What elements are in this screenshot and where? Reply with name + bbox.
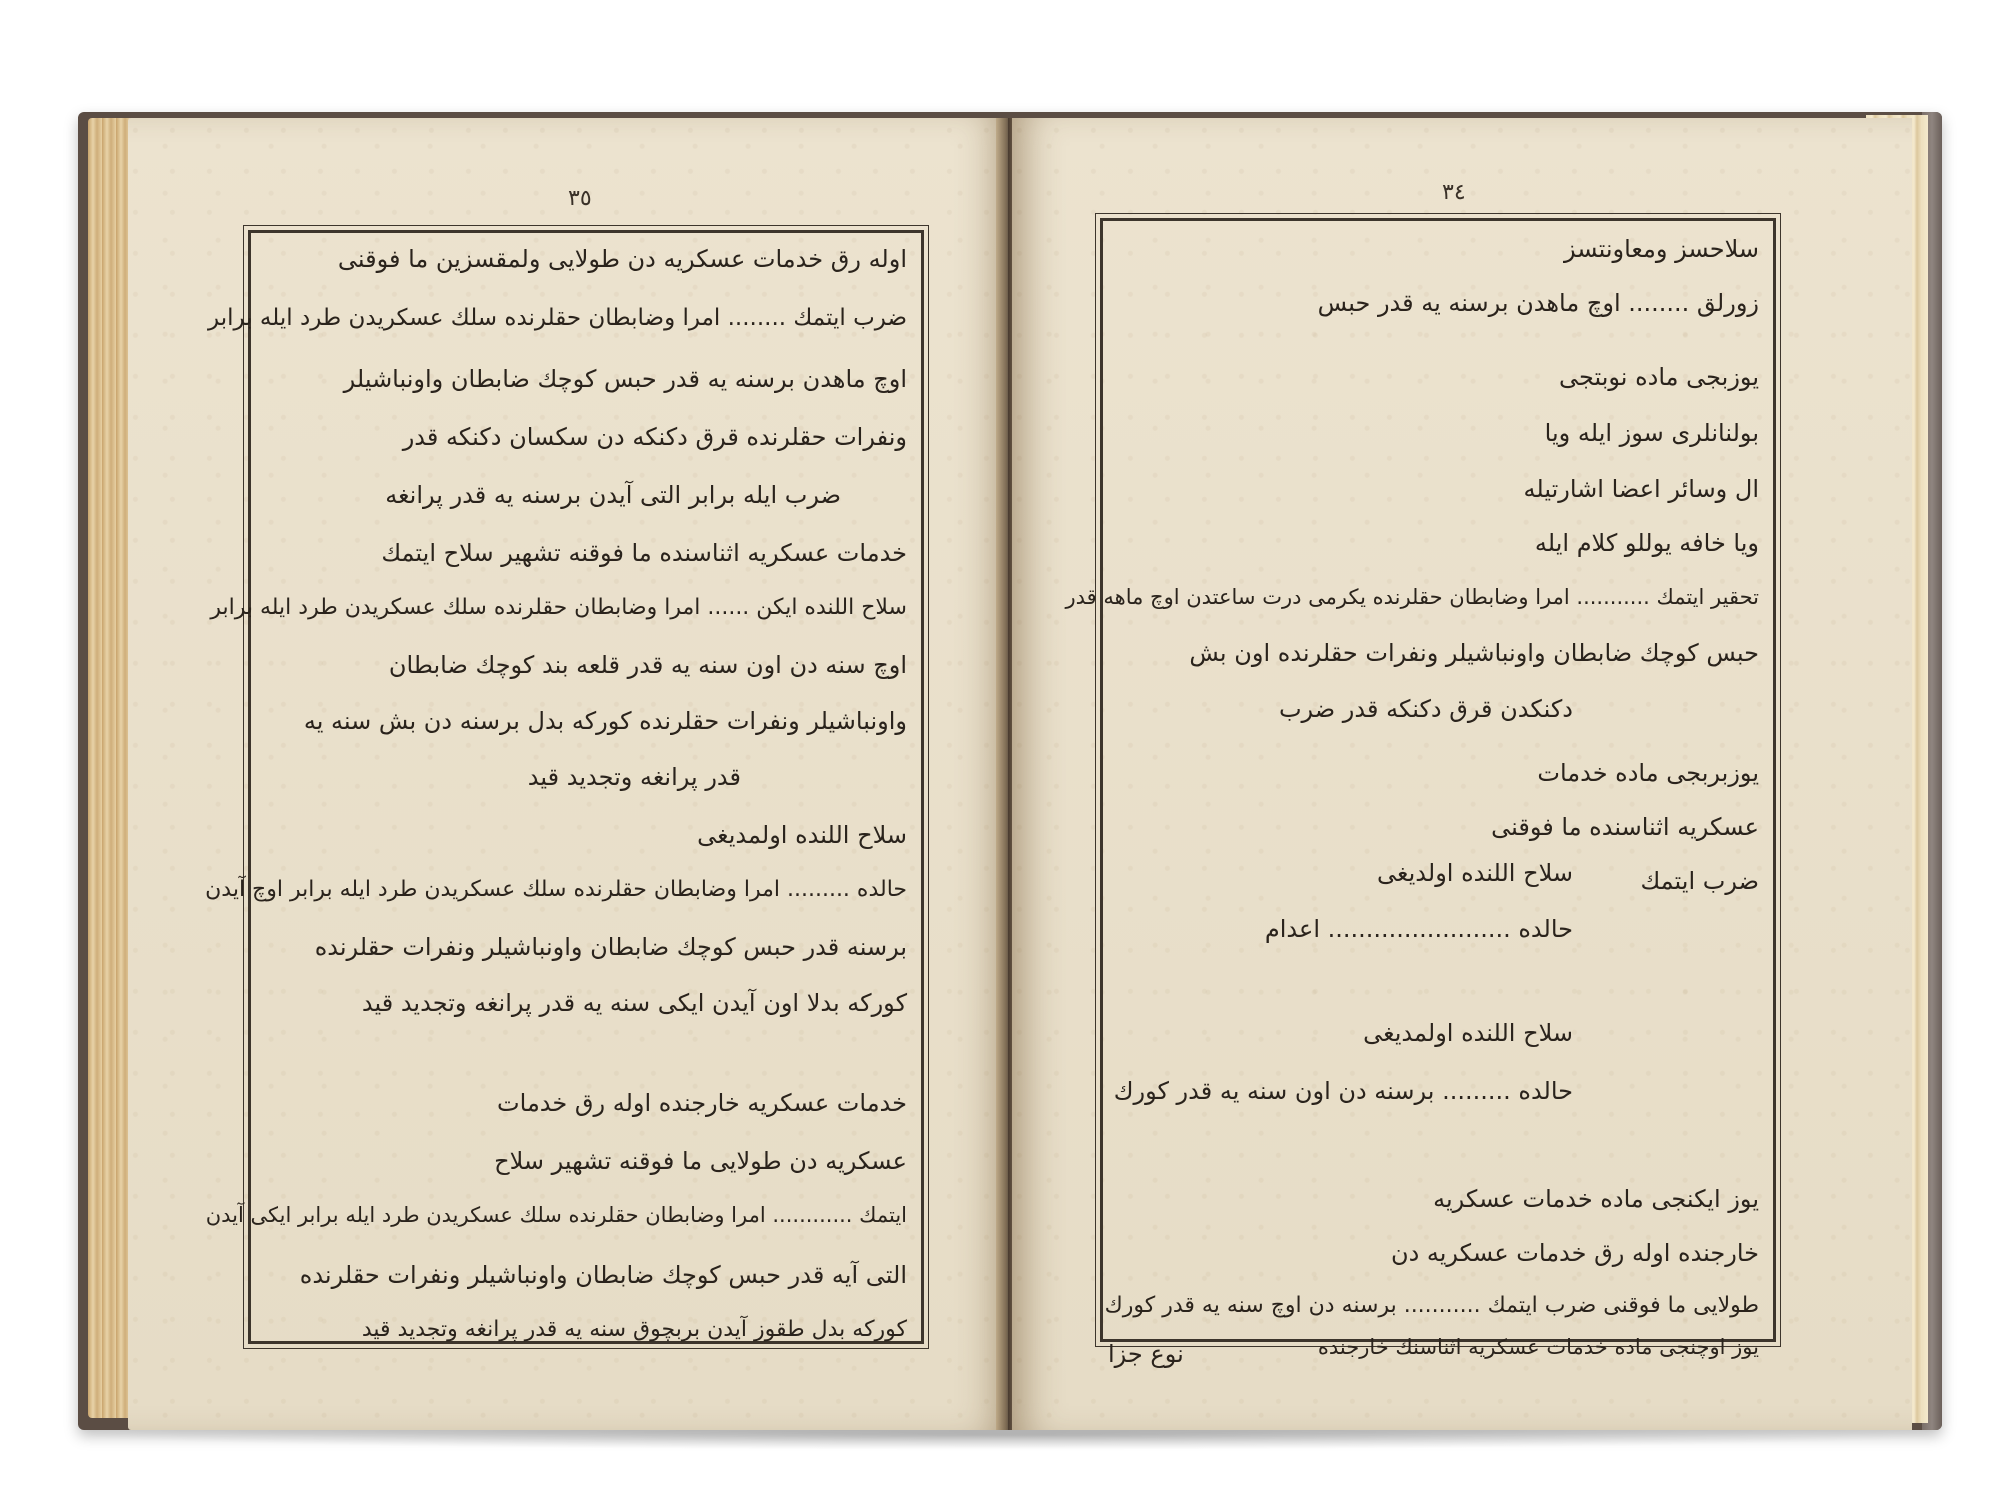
text-line: اوچ سنه دن اون سنه يه قدر قلعه بند كوچك … xyxy=(389,653,907,677)
text-line: سلاح اللنده ايكن ...... امرا وضابطان حقل… xyxy=(210,597,907,619)
text-line: حبس كوچك ضابطان واونباشيلر ونفرات حقلرند… xyxy=(1189,641,1759,665)
page-number: ٣٤ xyxy=(1442,180,1466,205)
text-line: ويا خافه يوللو كلام ايله xyxy=(1535,531,1759,555)
page-number: ٣٥ xyxy=(568,186,592,211)
text-frame: سلاحسز ومعاونتسز زورلق ........ اوچ ماهد… xyxy=(1100,218,1776,1342)
text-line: ونفرات حقلرنده قرق دكنكه دن سكسان دكنكه … xyxy=(403,425,907,449)
text-line: حالده ........................ اعدام xyxy=(1265,917,1573,941)
text-line: خدمات عسكريه اثناسنده ما فوقنه تشهير سلا… xyxy=(381,541,907,565)
text-line: خدمات عسكريه خارجنده اوله رق خدمات xyxy=(497,1091,907,1115)
text-line: يوزبجى ماده نوبتجى xyxy=(1559,365,1759,389)
text-line: واونباشيلر ونفرات حقلرنده كوركه بدل برسن… xyxy=(304,709,907,733)
text-line: دكنكدن قرق دكنكه قدر ضرب xyxy=(1279,697,1573,721)
left-page: ٣٥ اوله رق خدمات عسكريه دن طولايى ولمقسز… xyxy=(128,118,1008,1430)
text-line: ضرب ايتمك ........ امرا وضابطان حقلرنده … xyxy=(208,307,907,330)
text-line: عسكريه دن طولايى ما فوقنه تشهير سلاح xyxy=(494,1149,907,1173)
text-line: بولنانلرى سوز ايله ويا xyxy=(1545,421,1759,445)
text-line: تحقير ايتمك ........... امرا وضابطان حقل… xyxy=(1065,587,1759,608)
text-line: ايتمك ............ امرا وضابطان حقلرنده … xyxy=(206,1205,907,1226)
text-line: اوچ ماهدن برسنه يه قدر حبس كوچك ضابطان و… xyxy=(344,367,907,391)
text-frame: اوله رق خدمات عسكريه دن طولايى ولمقسزين … xyxy=(248,230,924,1344)
text-line: التى آيه قدر حبس كوچك ضابطان واونباشيلر … xyxy=(300,1263,907,1287)
right-page: ٣٤ سلاحسز ومعاونتسز زورلق ........ اوچ م… xyxy=(1012,118,1912,1430)
text-line: طولايى ما فوقنى ضرب ايتمك ........... بر… xyxy=(1105,1295,1759,1317)
text-line: يوز اوچنجى ماده خدمات عسكريه اثناسنك خار… xyxy=(1318,1337,1759,1358)
text-line: سلاح اللنده اولمديغى xyxy=(697,823,907,847)
text-line: يوزبربجى ماده خدمات xyxy=(1537,761,1759,785)
text-line: زورلق ........ اوچ ماهدن برسنه يه قدر حب… xyxy=(1318,291,1759,315)
text-line: خارجنده اوله رق خدمات عسكريه دن xyxy=(1391,1241,1759,1265)
text-line: ضرب ايله برابر التى آيدن برسنه يه قدر پر… xyxy=(385,483,841,507)
text-line: كوركه بدلا اون آيدن ايكى سنه يه قدر پران… xyxy=(362,991,907,1015)
text-line: قدر پرانغه وتجديد قيد xyxy=(528,765,741,789)
text-line: كوركه بدل طقوز آيدن بربچوق سنه يه قدر پر… xyxy=(362,1319,907,1341)
text-line: يوز ايكنجى ماده خدمات عسكريه xyxy=(1433,1187,1759,1211)
text-line: ضرب ايتمك xyxy=(1640,869,1759,893)
text-line: سلاح اللنده اولمديغى xyxy=(1363,1021,1573,1045)
text-line: سلاح اللنده اولديغى xyxy=(1377,861,1573,885)
text-line: برسنه قدر حبس كوچك ضابطان واونباشيلر ونف… xyxy=(315,935,907,959)
text-line: اوله رق خدمات عسكريه دن طولايى ولمقسزين … xyxy=(338,247,907,271)
text-line: عسكريه اثناسنده ما فوقنى xyxy=(1491,815,1759,839)
catchword: نوع جزا xyxy=(1108,1340,1184,1368)
text-line: سلاحسز ومعاونتسز xyxy=(1564,237,1759,261)
text-line: حالده ......... برسنه دن اون سنه يه قدر … xyxy=(1114,1079,1573,1103)
text-line: ال وسائر اعضا اشارتيله xyxy=(1524,477,1759,501)
text-line: حالده ......... امرا وضابطان حقلرنده سلك… xyxy=(205,879,907,901)
